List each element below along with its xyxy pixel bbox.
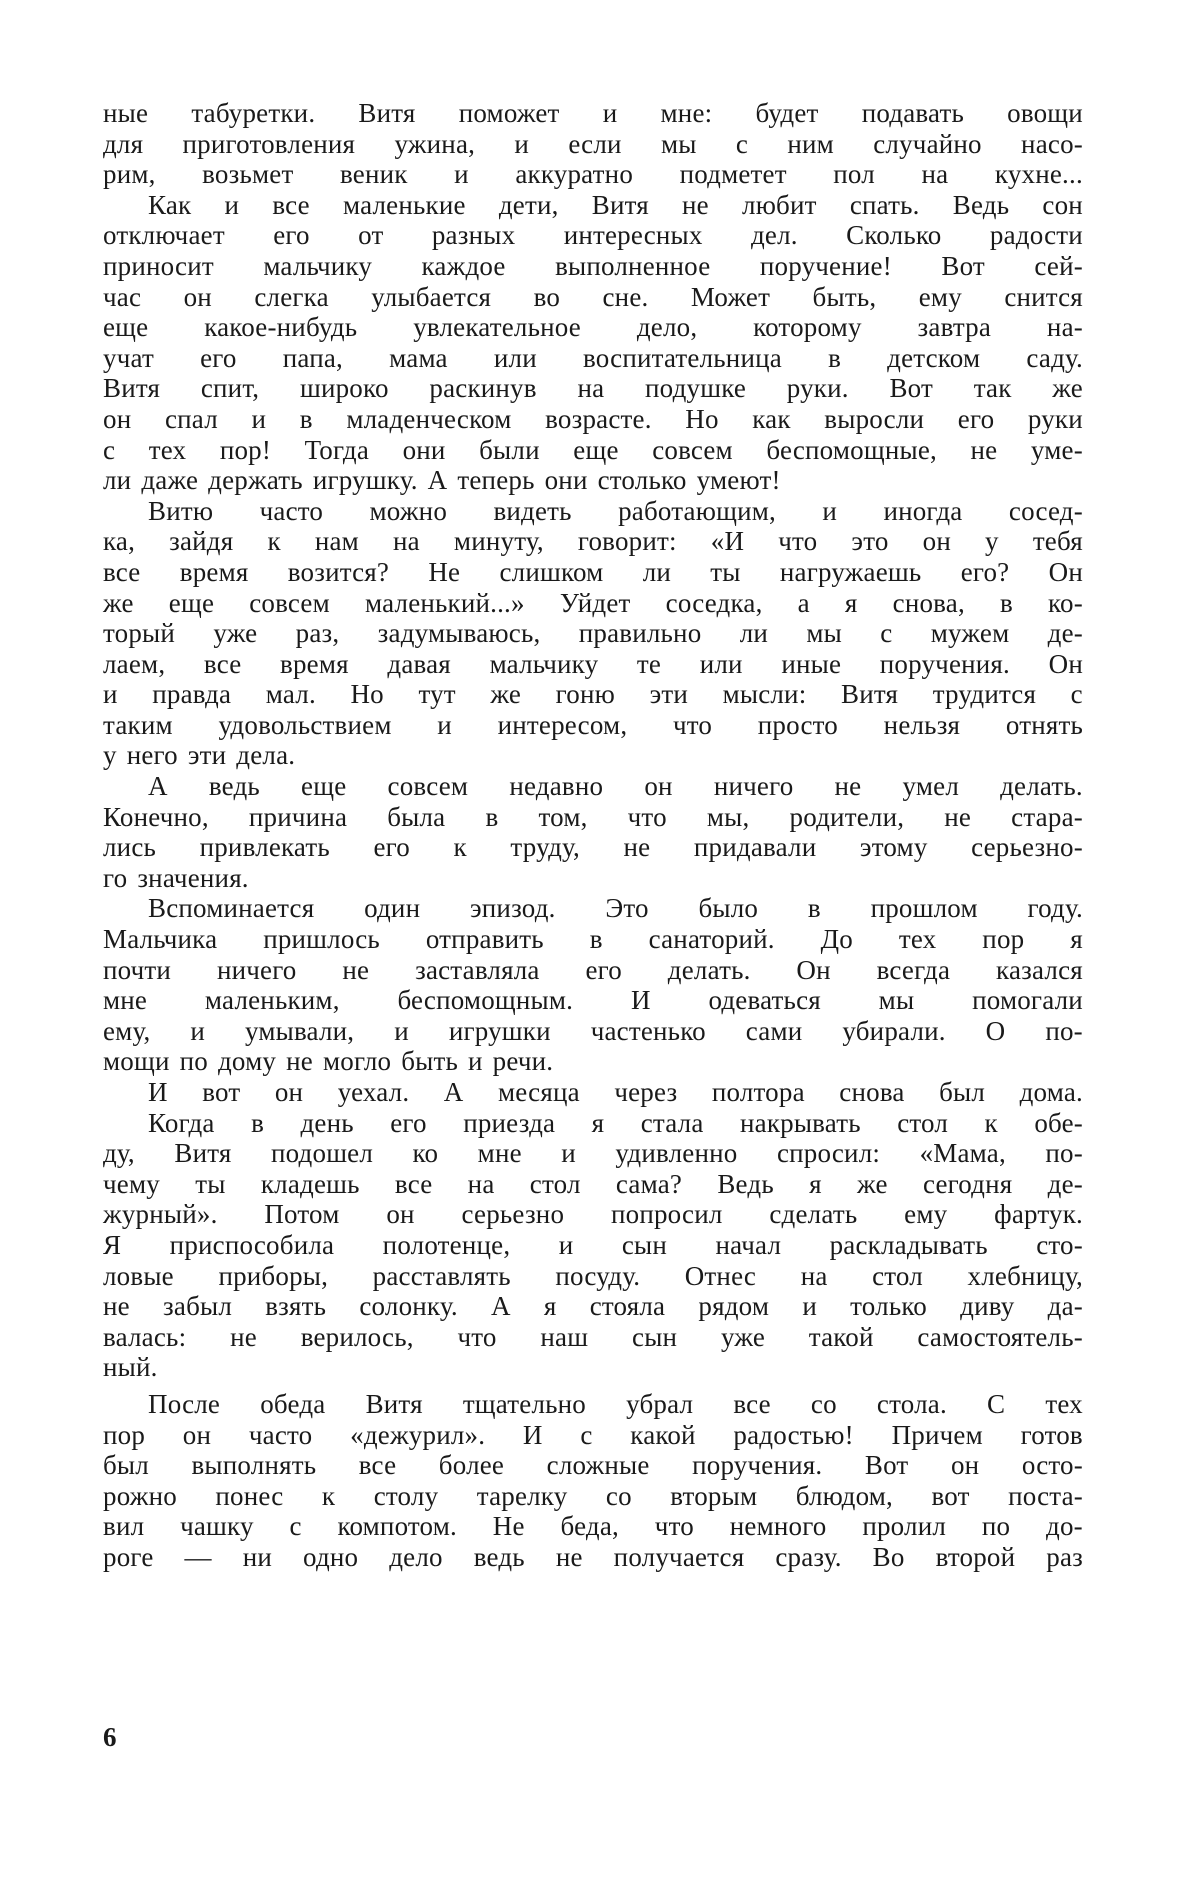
text-line: ныетабуретки.Витяпоможетимне:будетподава… — [103, 98, 1083, 129]
text-line: всевремявозится?Неслишкомлитынагружаешье… — [103, 557, 1083, 588]
text-line: валась:неверилось,чтонашсынужетакойсамос… — [103, 1322, 1083, 1353]
text-line: учатегопапа,мамаиливоспитательницавдетск… — [103, 343, 1083, 374]
text-line: лаем,всевремядаваямальчикутеилииныепоруч… — [103, 649, 1083, 680]
text-line: былвыполнятьвсеболеесложныепоручения.Вот… — [103, 1450, 1083, 1481]
text-line: Витяспит,широкораскинувнаподушкеруки.Вот… — [103, 373, 1083, 404]
text-line: Витючастоможновидетьработающим,ииногдасо… — [103, 496, 1083, 527]
text-line: ный. — [103, 1352, 1083, 1383]
text-line: ду,Витяподошелкомнеиудивленноспросил:«Ма… — [103, 1138, 1083, 1169]
text-line: чемутыкладешьвсенастолсама?Ведьяжесегодн… — [103, 1169, 1083, 1200]
text-line: вилчашкускомпотом.Небеда,чтонемногопроли… — [103, 1511, 1083, 1542]
text-line: дляприготовленияужина,иеслимыснимслучайн… — [103, 129, 1083, 160]
text-line: роге—ниодноделоведьнеполучаетсясразу.Вов… — [103, 1542, 1083, 1573]
text-line: Вспоминаетсяодинэпизод.Этобыловпрошломго… — [103, 893, 1083, 924]
text-line: онспаливмладенческомвозрасте.Нокаквыросл… — [103, 404, 1083, 435]
text-line: ка,зайдякнамнаминуту,говорит:«Ичтоэтоону… — [103, 526, 1083, 557]
text-line: мощиподомунемоглобытьиречи. — [103, 1046, 1083, 1077]
text-line: лидажедержатьигрушку.Атеперьонистолькоум… — [103, 465, 1083, 496]
text-line: незабылвзятьсолонку.Аястояларядомитолько… — [103, 1291, 1083, 1322]
text-line: торыйужераз,задумываюсь,правильнолимысму… — [103, 618, 1083, 649]
text-line: приноситмальчикукаждоевыполненноепоручен… — [103, 251, 1083, 282]
text-line: ещекакое-нибудьувлекательноедело,котором… — [103, 312, 1083, 343]
text-line: часонслегкаулыбаетсявосне.Можетбыть,емус… — [103, 282, 1083, 313]
text-line: жеещесовсеммаленький...»Уйдетсоседка,аяс… — [103, 588, 1083, 619]
text-line: Какивсемаленькиедети,Витянелюбитспать.Ве… — [103, 190, 1083, 221]
text-line: журный».Потомонсерьезнопопросилсделатьем… — [103, 1199, 1083, 1230]
text-line: ПослеобедаВитятщательноубралвсесостола.С… — [103, 1389, 1083, 1420]
text-line: порончасто«дежурил».Искакойрадостью!Прич… — [103, 1420, 1083, 1451]
text-line: такимудовольствиемиинтересом,чтопростоне… — [103, 710, 1083, 741]
text-line: ему,иумывали,иигрушкичастенькосамиубирал… — [103, 1016, 1083, 1047]
text-line: иправдамал.Нотутжегонюэтимысли:Витятруди… — [103, 679, 1083, 710]
text-line: рожнопонескстолутарелкусовторымблюдом,во… — [103, 1481, 1083, 1512]
text-line: стехпор!Тогдаонибылиещесовсембеспомощные… — [103, 435, 1083, 466]
text-line: унегоэтидела. — [103, 740, 1083, 771]
text-line: почтиничегонезаставлялаегоделать.Онвсегд… — [103, 955, 1083, 986]
text-line: ловыеприборы,расставлятьпосуду.Отнеснаст… — [103, 1261, 1083, 1292]
text-line: Мальчикапришлосьотправитьвсанаторий.Доте… — [103, 924, 1083, 955]
text-line: рим,возьметвеникиаккуратноподмететполнак… — [103, 159, 1083, 190]
text-line: отключаетегоотразныхинтересныхдел.Скольк… — [103, 220, 1083, 251]
text-line: гозначения. — [103, 863, 1083, 894]
page-number: 6 — [103, 1722, 117, 1753]
text-line: Ивотонуехал.Амесяцачерезполторасновабылд… — [103, 1077, 1083, 1108]
text-line: мнемаленьким,беспомощным.Иодеватьсямыпом… — [103, 985, 1083, 1016]
text-line: лисьпривлекатьегоктруду,непридавалиэтому… — [103, 832, 1083, 863]
text-line: Когдавденьегоприездаясталанакрыватьстолк… — [103, 1108, 1083, 1139]
text-line: Яприспособилаполотенце,исынначалрасклады… — [103, 1230, 1083, 1261]
text-line: Конечно,причинабылавтом,чтомы,родители,н… — [103, 802, 1083, 833]
text-line: Аведьещесовсемнедавноонничегонеумелделат… — [103, 771, 1083, 802]
page-body: ныетабуретки.Витяпоможетимне:будетподава… — [103, 98, 1083, 1573]
